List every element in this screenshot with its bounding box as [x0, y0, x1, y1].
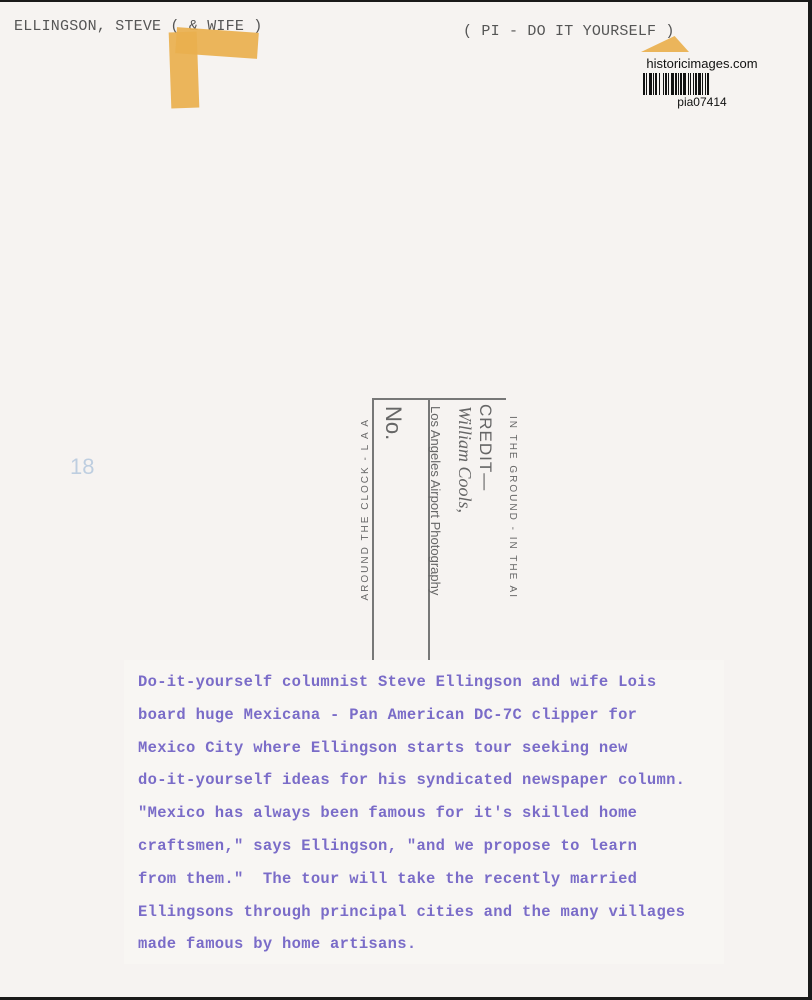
caption-line: made famous by home artisans.	[138, 928, 685, 961]
caption-line: do-it-yourself ideas for his syndicated …	[138, 764, 685, 797]
stamp-top-band: IN THE GROUND - IN THE AI	[507, 416, 518, 599]
caption-line: from them." The tour will take the recen…	[138, 863, 685, 896]
watermark-code: pia07414	[640, 95, 764, 109]
photo-back-paper: ELLINGSON, STEVE ( & WIFE ) ( PI - DO IT…	[0, 2, 808, 997]
caption-line: Mexico City where Ellingson starts tour …	[138, 732, 685, 765]
barcode-icon	[643, 73, 761, 95]
credit-stamp: IN THE GROUND - IN THE AI CREDIT— Willia…	[360, 394, 530, 659]
watermark-badge: historicimages.com pia07414	[640, 56, 764, 109]
caption-line: Ellingsons through principal cities and …	[138, 896, 685, 929]
caption-line: board huge Mexicana - Pan American DC-7C…	[138, 699, 685, 732]
stamp-agency: Los Angeles Airport Photography	[428, 406, 443, 595]
header-category: ( PI - DO IT YOURSELF )	[463, 23, 675, 40]
stamp-signature: William Cools,	[454, 406, 475, 513]
caption-text: Do-it-yourself columnist Steve Ellingson…	[138, 666, 685, 961]
stamp-number-label: No.	[380, 406, 406, 440]
caption-line: Do-it-yourself columnist Steve Ellingson…	[138, 666, 685, 699]
margin-ink-mark: 18	[70, 454, 96, 484]
stamp-credit-label: CREDIT—	[475, 404, 495, 491]
caption-line: "Mexico has always been famous for it's …	[138, 797, 685, 830]
caption-line: craftsmen," says Ellingson, "and we prop…	[138, 830, 685, 863]
stamp-bottom-band: AROUND THE CLOCK - L A A	[360, 418, 371, 600]
caption-slip: Do-it-yourself columnist Steve Ellingson…	[124, 660, 724, 964]
watermark-site: historicimages.com	[640, 56, 764, 72]
